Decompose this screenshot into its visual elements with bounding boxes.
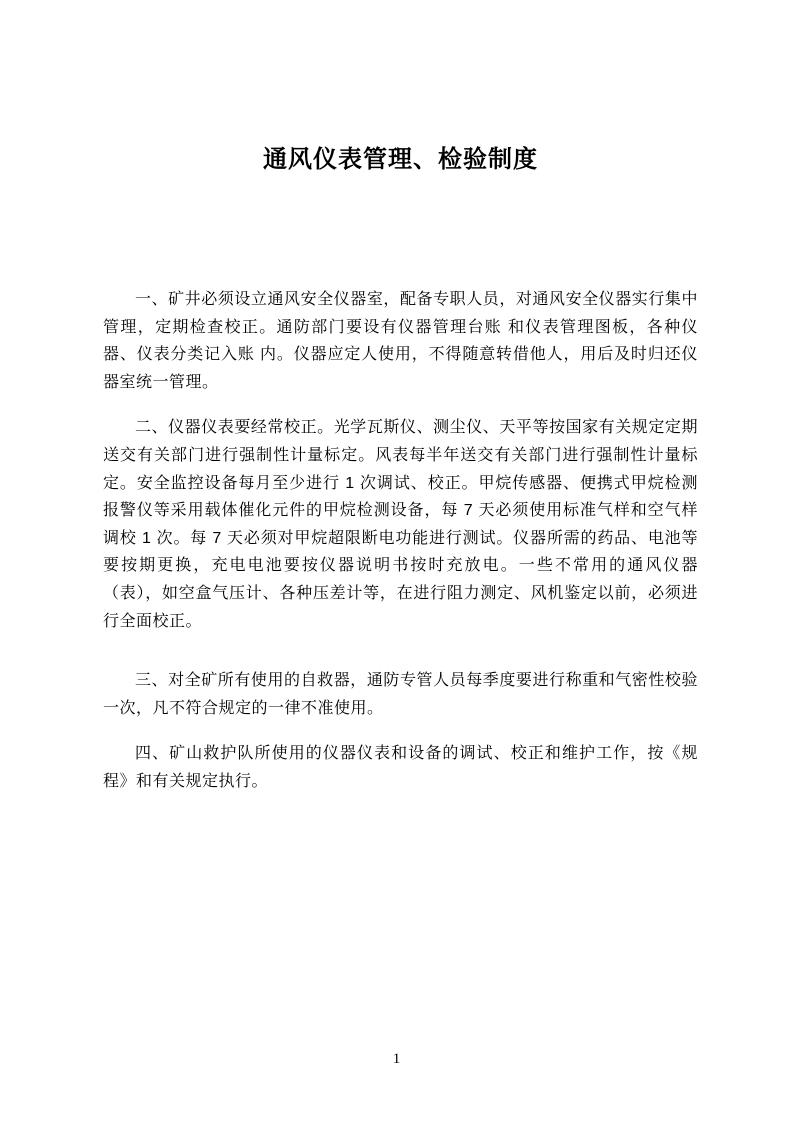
paragraph-item-4: 四、矿山救护队所使用的仪器仪表和设备的调试、校正和维护工作，按《规程》和有关规定… [103, 740, 698, 795]
paragraph-item-3: 三、对全矿所有使用的自救器，通防专管人员每季度要进行称重和气密性校验一次，凡不符… [103, 667, 698, 722]
document-title: 通风仪表管理、检验制度 [103, 143, 698, 176]
document-page: 通风仪表管理、检验制度 一、矿井必须设立通风安全仪器室，配备专职人员，对通风安全… [0, 0, 793, 1122]
paragraph-item-2: 二、仪器仪表要经常校正。光学瓦斯仪、测尘仪、天平等按国家有关规定定期送交有关部门… [103, 414, 698, 635]
paragraph-item-1: 一、矿井必须设立通风安全仪器室，配备专职人员，对通风安全仪器实行集中管理，定期检… [103, 286, 698, 396]
page-number: 1 [0, 1050, 793, 1068]
